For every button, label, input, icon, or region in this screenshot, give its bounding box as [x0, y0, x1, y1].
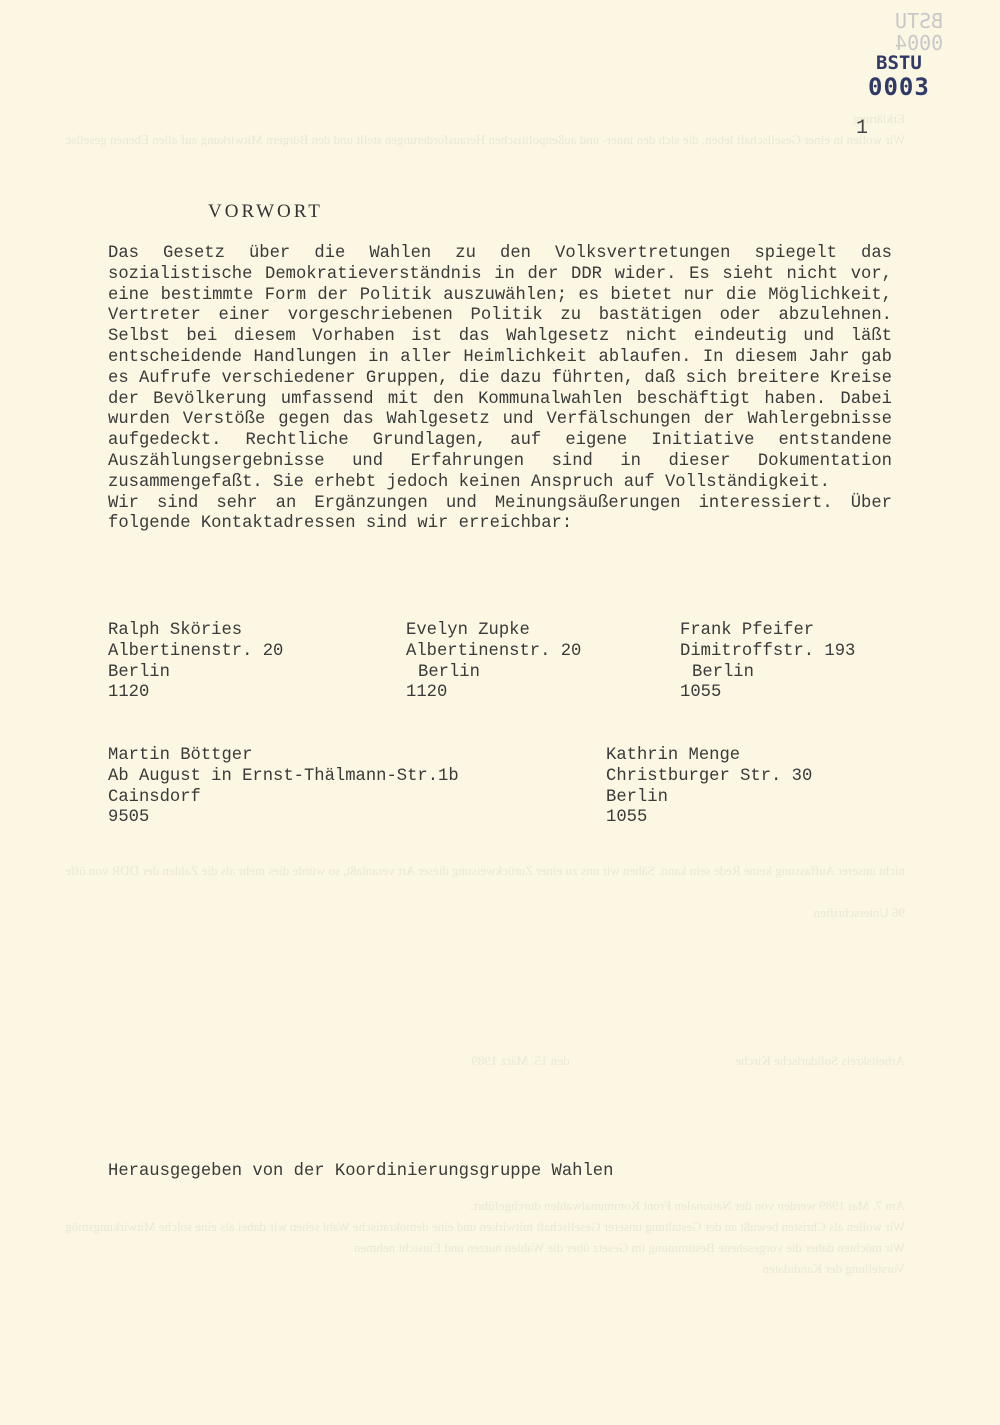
contact-block: Martin BöttgerAb August in Ernst-Thälman… [108, 746, 459, 829]
contact-city: Berlin [606, 788, 812, 809]
contact-city: Cainsdorf [108, 788, 459, 809]
contact-street: Albertinenstr. 20 [108, 642, 283, 663]
contact-postcode: 1120 [108, 683, 283, 704]
contact-name: Martin Böttger [108, 746, 459, 767]
contact-name: Kathrin Menge [606, 746, 812, 767]
bleed-through-text: ErklärungWir wollen in einer Gesellschaf… [65, 108, 905, 150]
contact-name: Frank Pfeifer [680, 621, 855, 642]
contact-street: Dimitroffstr. 193 [680, 642, 855, 663]
contact-block: Ralph SköriesAlbertinenstr. 20Berlin1120 [108, 621, 283, 704]
publisher-line: Herausgegeben von der Koordinierungsgrup… [108, 1162, 613, 1181]
contact-city: Berlin [680, 663, 855, 684]
archive-stamp-number: 0003 [868, 74, 930, 100]
contact-block: Kathrin MengeChristburger Str. 30Berlin1… [606, 746, 812, 829]
contact-postcode: 1055 [606, 808, 812, 829]
bleed-through-text-lower3: Am 7. Mai 1989 werden von der Nationalen… [65, 1195, 905, 1279]
contact-street: Christburger Str. 30 [606, 767, 812, 788]
foreword-paragraph: Das Gesetz über die Wahlen zu den Volksv… [108, 244, 892, 494]
contact-street: Albertinenstr. 20 [406, 642, 581, 663]
foreword-paragraph: Wir sind sehr an Ergänzungen und Meinung… [108, 494, 892, 536]
contact-city: Berlin [406, 663, 581, 684]
foreword-body: Das Gesetz über die Wahlen zu den Volksv… [108, 244, 892, 535]
archive-stamp-label: BSTU [868, 52, 930, 74]
bleed-through-text-lower2: Arbeitskreis Solidarische Kirche den 15.… [65, 1050, 905, 1071]
archive-stamp: BSTU 0003 [868, 52, 930, 100]
contact-street: Ab August in Ernst-Thälmann-Str.1b [108, 767, 459, 788]
contact-block: Evelyn ZupkeAlbertinenstr. 20Berlin1120 [406, 621, 581, 704]
page-number: 1 [856, 117, 868, 140]
contact-name: Evelyn Zupke [406, 621, 581, 642]
contact-block: Frank PfeiferDimitroffstr. 193Berlin1055 [680, 621, 855, 704]
contact-postcode: 9505 [108, 808, 459, 829]
contact-city: Berlin [108, 663, 283, 684]
page-title: VORWORT [208, 201, 323, 223]
bleed-through-text-lower: nicht unserer Auffassung keine Rede sein… [65, 860, 905, 923]
contact-postcode: 1120 [406, 683, 581, 704]
contact-postcode: 1055 [680, 683, 855, 704]
archive-stamp-bleed: BSTU 0004 [895, 10, 943, 54]
contact-name: Ralph Sköries [108, 621, 283, 642]
